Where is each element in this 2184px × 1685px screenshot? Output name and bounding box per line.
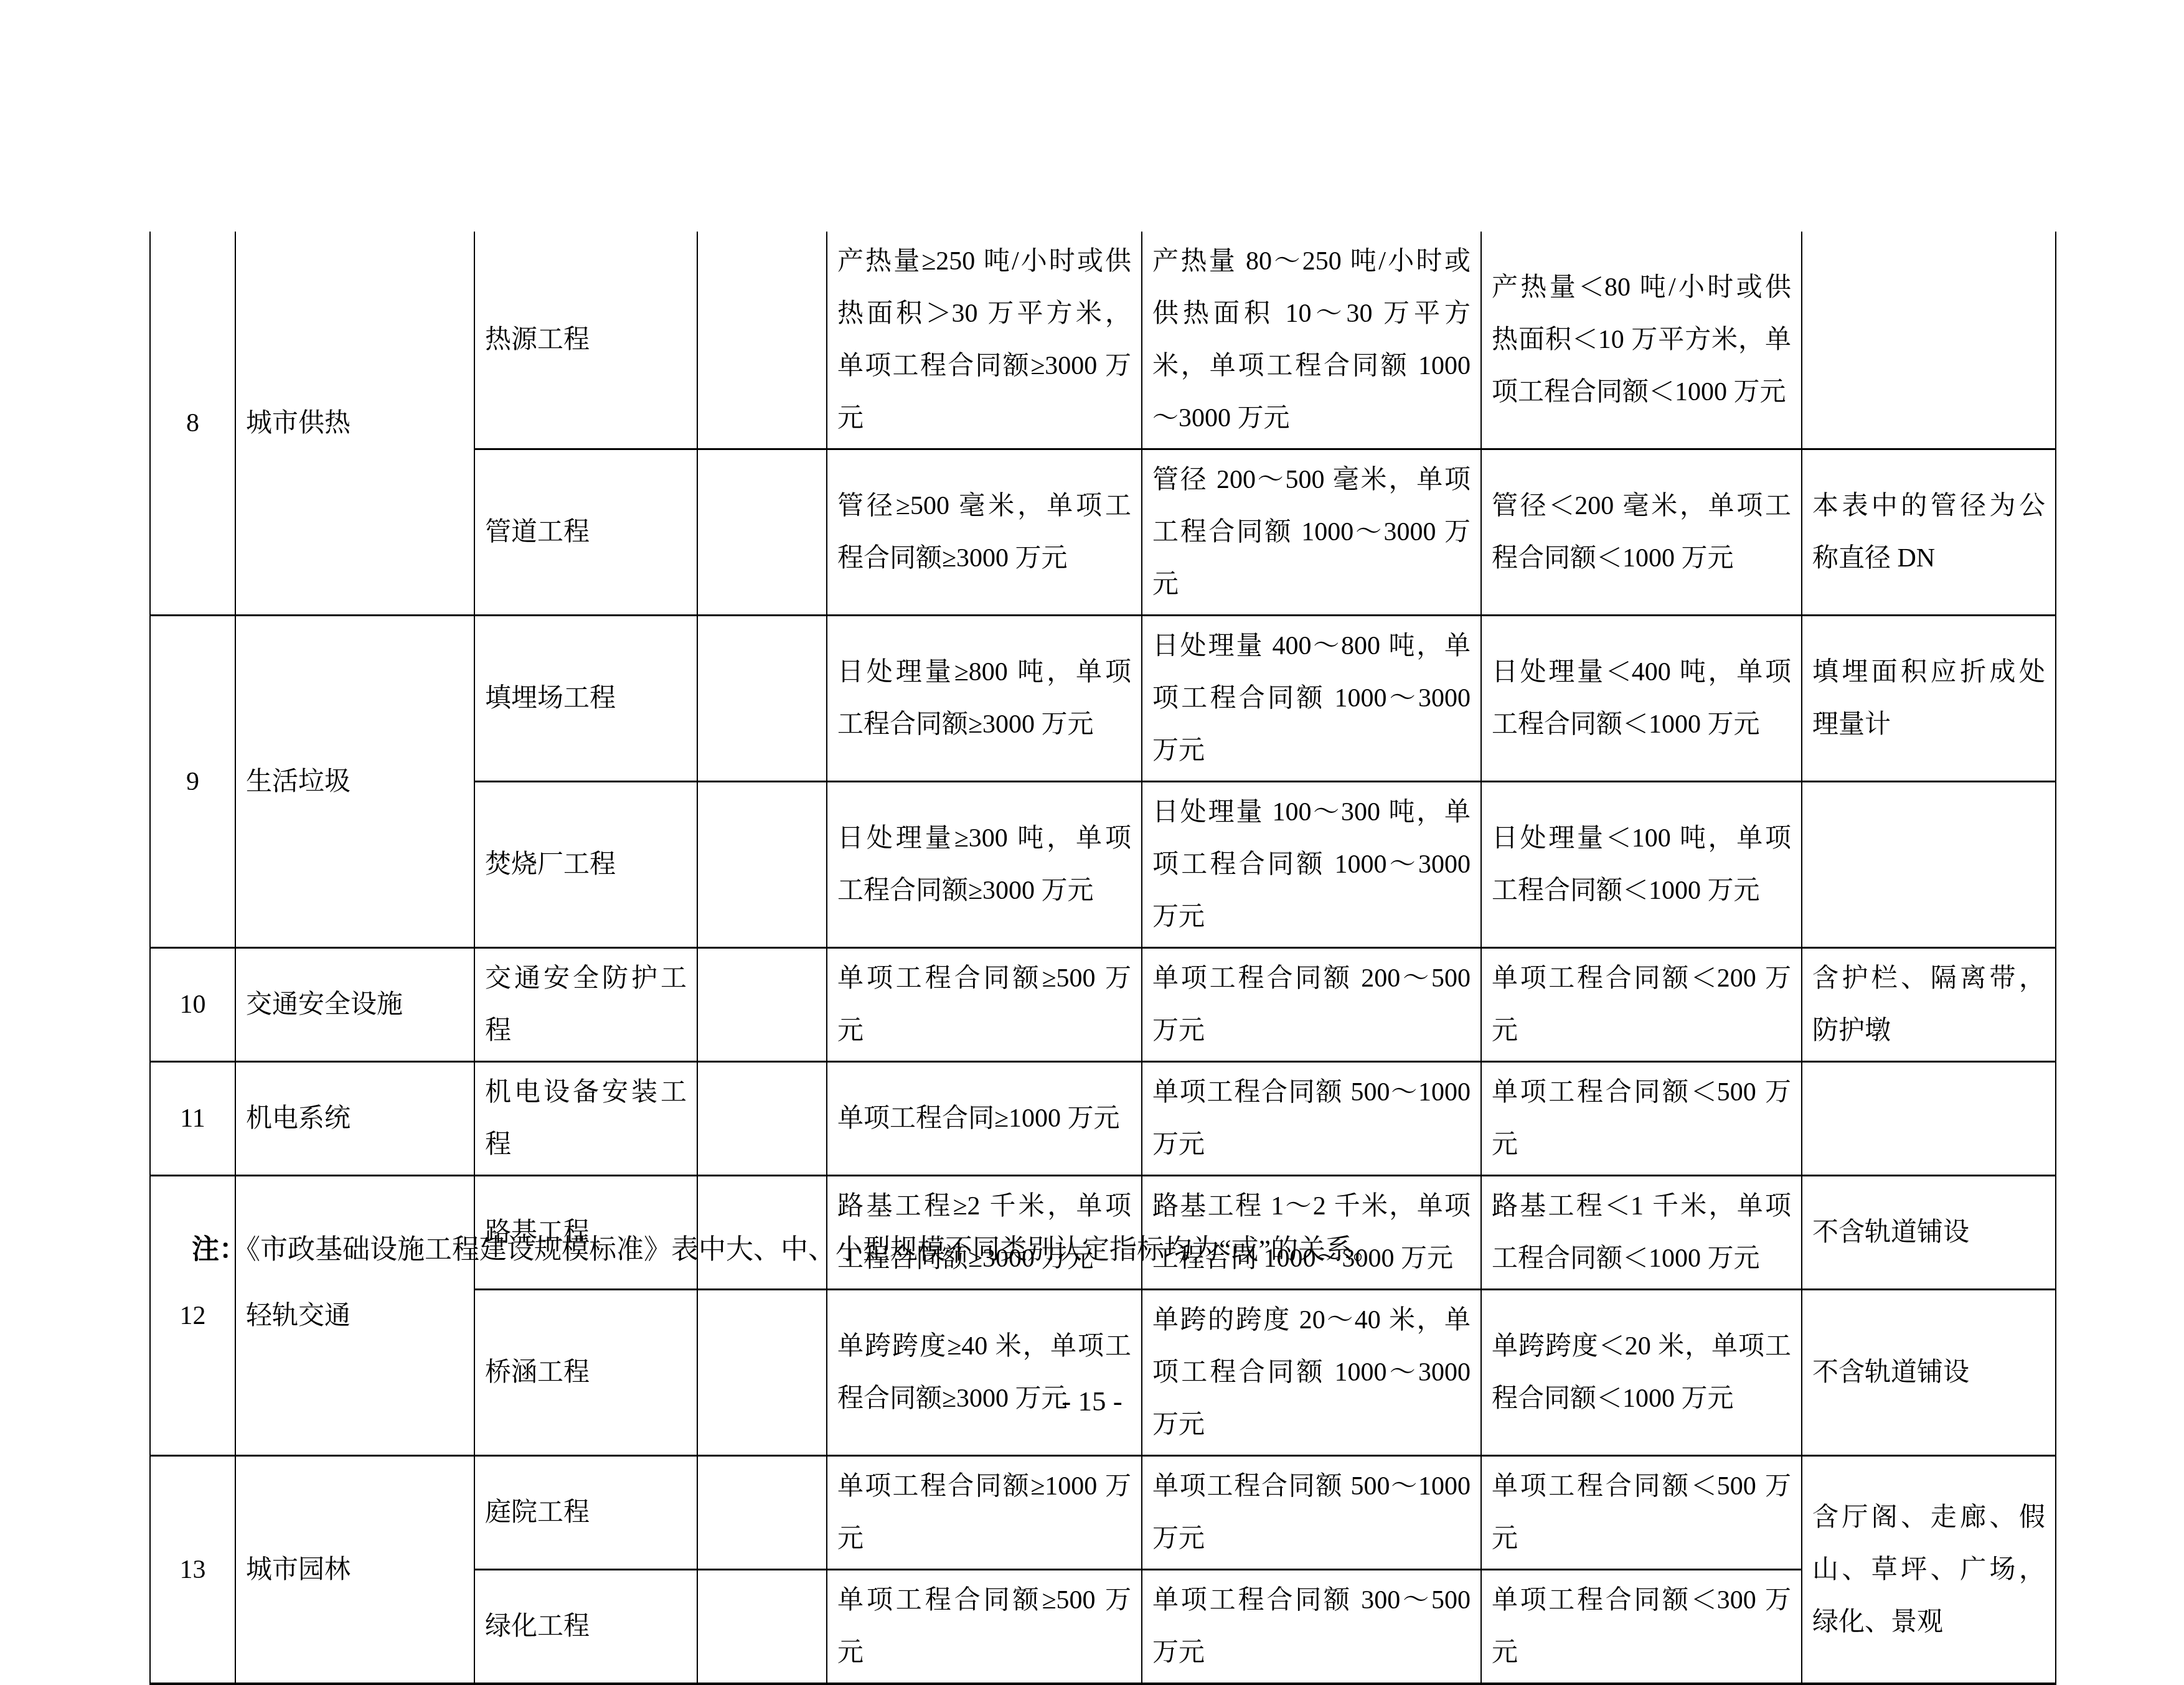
note-cell [1802, 782, 2056, 948]
document-page: { "table": { "rows": [ { "no": "8", "cat… [0, 0, 2184, 1544]
medium-criteria-cell: 单项工程合同额 500～1000 万元 [1142, 1456, 1481, 1570]
note-cell: 填埋面积应折成处理量计 [1802, 616, 2056, 782]
page-number: - 15 - [0, 1386, 2184, 1417]
small-criteria-cell: 管径＜200 毫米，单项工程合同额＜1000 万元 [1481, 449, 1802, 616]
row-number-cell: 11 [150, 1062, 235, 1176]
grade-cell [697, 1570, 827, 1684]
large-criteria-cell: 日处理量≥800 吨，单项工程合同额≥3000 万元 [827, 616, 1142, 782]
medium-criteria-cell: 单项工程合同额 200～500 万元 [1142, 948, 1481, 1062]
small-criteria-cell: 单项工程合同额＜500 万元 [1481, 1062, 1802, 1176]
subcategory-cell: 庭院工程 [474, 1456, 697, 1570]
subcategory-cell: 绿化工程 [474, 1570, 697, 1684]
medium-criteria-cell: 日处理量 100～300 吨，单项工程合同额 1000～3000 万元 [1142, 782, 1481, 948]
row-number-cell: 13 [150, 1456, 235, 1684]
medium-criteria-cell: 产热量 80～250 吨/小时或供热面积 10～30 万平方米，单项工程合同额 … [1142, 232, 1481, 449]
category-cell: 机电系统 [235, 1062, 474, 1176]
category-cell: 城市园林 [235, 1456, 474, 1684]
grade-cell [697, 1456, 827, 1570]
small-criteria-cell: 单项工程合同额＜500 万元 [1481, 1456, 1802, 1570]
row-number-cell: 9 [150, 616, 235, 948]
small-criteria-cell: 日处理量＜100 吨，单项工程合同额＜1000 万元 [1481, 782, 1802, 948]
note-cell [1802, 1062, 2056, 1176]
grade-cell [697, 948, 827, 1062]
note-cell: 本表中的管径为公称直径 DN [1802, 449, 2056, 616]
note-cell [1802, 232, 2056, 449]
subcategory-cell: 热源工程 [474, 232, 697, 449]
row-number-cell: 8 [150, 232, 235, 616]
subcategory-cell: 桥涵工程 [474, 1290, 697, 1456]
small-criteria-cell: 日处理量＜400 吨，单项工程合同额＜1000 万元 [1481, 616, 1802, 782]
category-cell: 城市供热 [235, 232, 474, 616]
table-footnote: 注：《市政基础设施工程建设规模标准》表中大、中、小型规模不同类别认定指标均为“或… [192, 1225, 2035, 1275]
small-criteria-cell: 产热量＜80 吨/小时或供热面积＜10 万平方米，单项工程合同额＜1000 万元 [1481, 232, 1802, 449]
subcategory-cell: 管道工程 [474, 449, 697, 616]
grade-cell [697, 1290, 827, 1456]
subcategory-cell: 填埋场工程 [474, 616, 697, 782]
note-cell: 含护栏、隔离带，防护墩 [1802, 948, 2056, 1062]
small-criteria-cell: 单项工程合同额＜200 万元 [1481, 948, 1802, 1062]
grade-cell [697, 449, 827, 616]
grade-cell [697, 1062, 827, 1176]
small-criteria-cell: 单跨跨度＜20 米，单项工程合同额＜1000 万元 [1481, 1290, 1802, 1456]
row-number-cell: 10 [150, 948, 235, 1062]
subcategory-cell: 焚烧厂工程 [474, 782, 697, 948]
medium-criteria-cell: 单跨的跨度 20～40 米，单项工程合同额 1000～3000 万元 [1142, 1290, 1481, 1456]
large-criteria-cell: 日处理量≥300 吨，单项工程合同额≥3000 万元 [827, 782, 1142, 948]
medium-criteria-cell: 管径 200～500 毫米，单项工程合同额 1000～3000 万元 [1142, 449, 1481, 616]
subcategory-cell: 机电设备安装工程 [474, 1062, 697, 1176]
footnote-text: 《市政基础设施工程建设规模标准》表中大、中、小型规模不同类别认定指标均为“或”的… [247, 1234, 1380, 1265]
large-criteria-cell: 单项工程合同≥1000 万元 [827, 1062, 1142, 1176]
footnote-prefix: 注： [192, 1234, 247, 1265]
subcategory-cell: 交通安全防护工程 [474, 948, 697, 1062]
large-criteria-cell: 单项工程合同额≥500 万元 [827, 1570, 1142, 1684]
medium-criteria-cell: 日处理量 400～800 吨，单项工程合同额 1000～3000 万元 [1142, 616, 1481, 782]
large-criteria-cell: 单项工程合同额≥1000 万元 [827, 1456, 1142, 1570]
large-criteria-cell: 管径≥500 毫米，单项工程合同额≥3000 万元 [827, 449, 1142, 616]
grade-cell [697, 616, 827, 782]
large-criteria-cell: 单跨跨度≥40 米，单项工程合同额≥3000 万元 [827, 1290, 1142, 1456]
grade-cell [697, 232, 827, 449]
scale-standards-table: 8 城市供热 热源工程 产热量≥250 吨/小时或供热面积＞30 万平方米，单项… [149, 232, 2056, 1685]
large-criteria-cell: 产热量≥250 吨/小时或供热面积＞30 万平方米，单项工程合同额≥3000 万… [827, 232, 1142, 449]
note-cell: 不含轨道铺设 [1802, 1290, 2056, 1456]
medium-criteria-cell: 单项工程合同额 300～500 万元 [1142, 1570, 1481, 1684]
note-cell: 含厅阁、走廊、假山、草坪、广场，绿化、景观 [1802, 1456, 2056, 1684]
medium-criteria-cell: 单项工程合同额 500～1000 万元 [1142, 1062, 1481, 1176]
small-criteria-cell: 单项工程合同额＜300 万元 [1481, 1570, 1802, 1684]
large-criteria-cell: 单项工程合同额≥500 万元 [827, 948, 1142, 1062]
grade-cell [697, 782, 827, 948]
category-cell: 交通安全设施 [235, 948, 474, 1062]
category-cell: 生活垃圾 [235, 616, 474, 948]
